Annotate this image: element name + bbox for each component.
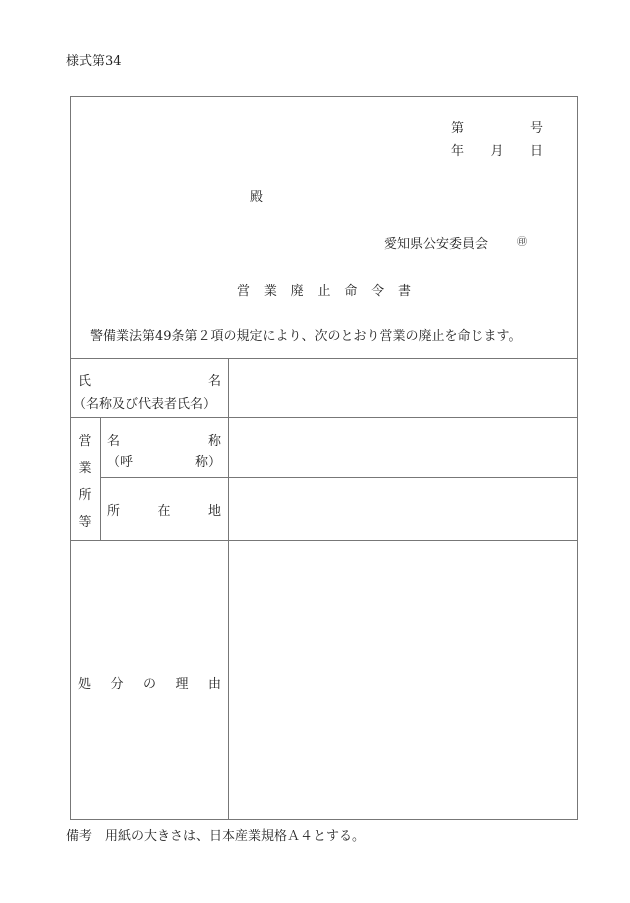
- name-sublabel: （名称及び代表者氏名）: [73, 393, 216, 412]
- reason-label: 処 分 の 理 由: [78, 673, 221, 692]
- reason-value-field[interactable]: [229, 541, 577, 819]
- location-value-field[interactable]: [229, 478, 577, 540]
- order-body-text: 警備業法第49条第２項の規定により、次のとおり営業の廃止を命じます。: [90, 325, 522, 344]
- form-number: 様式第34: [66, 50, 122, 69]
- addressee-suffix: 殿: [250, 186, 263, 205]
- name-value-field[interactable]: [229, 359, 577, 417]
- date-day: 日: [530, 140, 543, 159]
- footnote: 備考 用紙の大きさは、日本産業規格Ａ４とする。: [66, 825, 365, 844]
- office-name-label: 名 称: [107, 430, 221, 449]
- date-month: 月: [490, 140, 503, 159]
- office-name-value-field[interactable]: [229, 418, 577, 477]
- office-name-sublabel: （呼 称）: [107, 451, 221, 470]
- seal-mark: ㊞: [517, 233, 527, 248]
- number-suffix: 号: [530, 117, 543, 136]
- number-prefix: 第: [451, 117, 464, 136]
- office-group-label: 営 業 所 等: [75, 430, 95, 530]
- date-line: 年 月 日: [451, 140, 543, 159]
- name-label: 氏 名: [78, 370, 221, 389]
- document-title: 営 業 廃 止 命 令 書: [237, 280, 411, 299]
- location-label: 所 在 地: [107, 500, 221, 519]
- issuer-name: 愛知県公安委員会: [384, 233, 488, 252]
- date-year: 年: [451, 140, 464, 159]
- document-number-line: 第 号: [451, 117, 543, 136]
- column-divider: [100, 417, 101, 540]
